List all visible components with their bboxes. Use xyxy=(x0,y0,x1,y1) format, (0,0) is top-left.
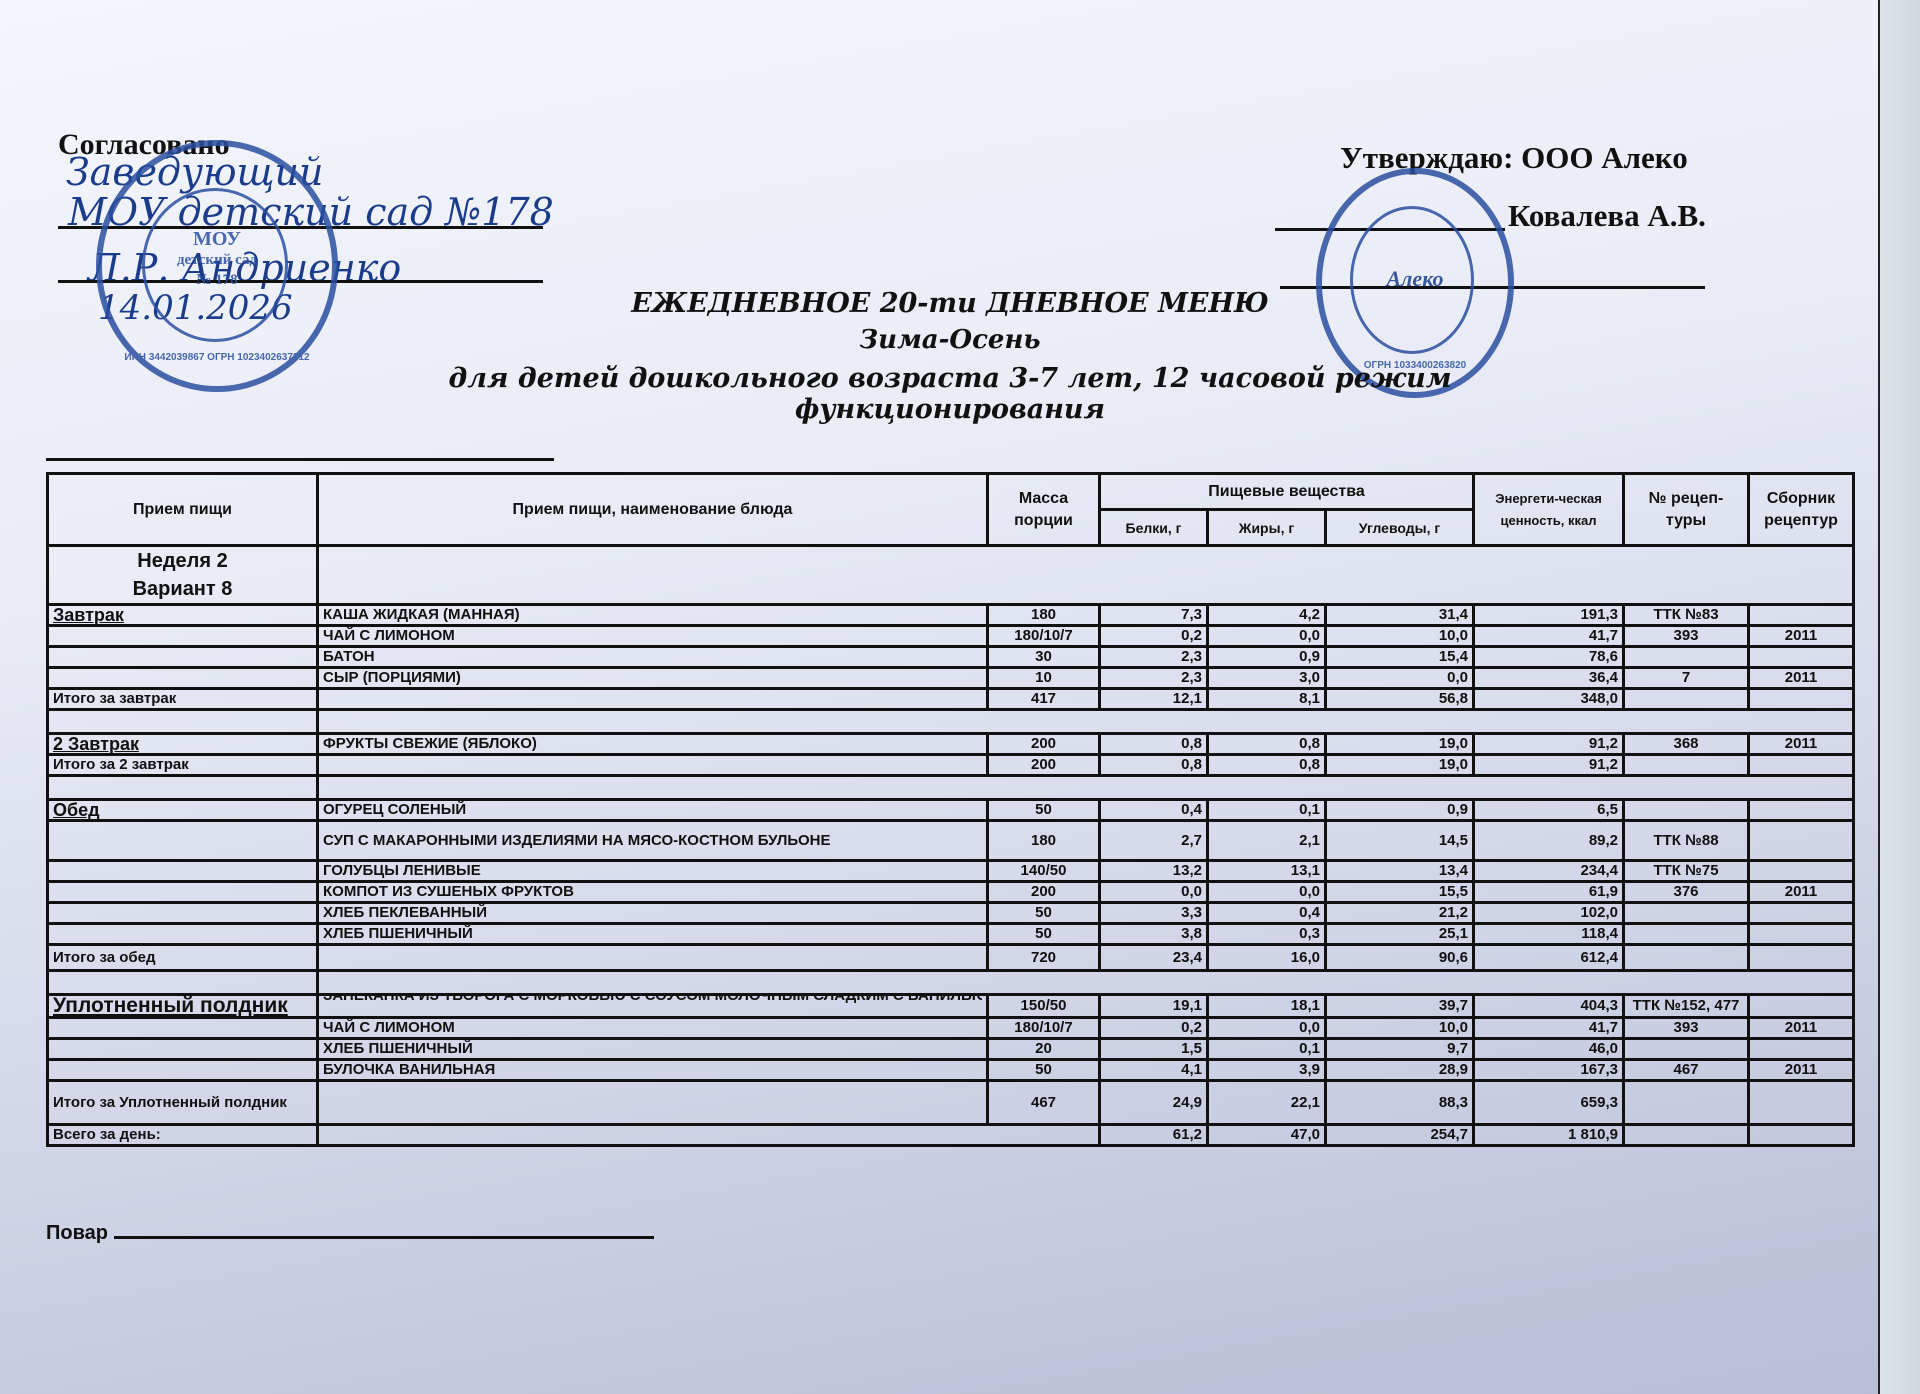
header-fat: Жиры, г xyxy=(1208,510,1326,546)
page-edge xyxy=(1878,0,1880,1394)
recipe-number xyxy=(1624,800,1749,821)
cook-label: Повар xyxy=(46,1222,108,1244)
menu-table: Прием пищи Прием пищи, наименование блюд… xyxy=(46,472,1855,1147)
meal-cell xyxy=(48,924,318,945)
recipe-number xyxy=(1624,924,1749,945)
energy-value: 36,4 xyxy=(1474,668,1624,689)
dish-name: БАТОН xyxy=(318,647,988,668)
protein-value: 4,1 xyxy=(1100,1060,1208,1081)
meal-label: 2 Завтрак xyxy=(48,734,318,755)
energy-value: 41,7 xyxy=(1474,626,1624,647)
subtotal-row: Итого за 2 завтрак2000,80,819,091,2 xyxy=(48,755,1854,776)
portion-mass: 150/50 xyxy=(988,995,1100,1018)
portion-mass: 180/10/7 xyxy=(988,626,1100,647)
table-row: СЫР (ПОРЦИЯМИ)102,33,00,036,472011 xyxy=(48,668,1854,689)
day-total-carbs: 254,7 xyxy=(1326,1125,1474,1146)
recipe-collection xyxy=(1749,995,1854,1018)
subtotal-protein: 23,4 xyxy=(1100,945,1208,971)
header-protein: Белки, г xyxy=(1100,510,1208,546)
subtotal-label: Итого за завтрак xyxy=(48,689,318,710)
meal-cell xyxy=(48,882,318,903)
recipe-collection xyxy=(1749,821,1854,861)
meal-cell xyxy=(48,861,318,882)
table-row: БАТОН302,30,915,478,6 xyxy=(48,647,1854,668)
dish-name: ЗАПЕКАНКА ИЗ ТВОРОГА С МОРКОВЬЮ С СОУСОМ… xyxy=(318,995,988,1018)
approval-left-block: Согласовано Заведующий МОУ детский сад №… xyxy=(58,128,543,162)
meal-cell xyxy=(48,626,318,647)
carbs-value: 21,2 xyxy=(1326,903,1474,924)
subtotal-row: Итого за Уплотненный полдник46724,922,18… xyxy=(48,1081,1854,1125)
fat-value: 0,1 xyxy=(1208,1039,1326,1060)
background-edge xyxy=(1880,0,1920,1394)
subtotal-mass: 417 xyxy=(988,689,1100,710)
subtotal-collection-cell xyxy=(1749,945,1854,971)
recipe-number: 7 xyxy=(1624,668,1749,689)
subtotal-label: Итого за обед xyxy=(48,945,318,971)
fat-value: 2,1 xyxy=(1208,821,1326,861)
subtotal-recipe-cell xyxy=(1624,1081,1749,1125)
fat-value: 0,8 xyxy=(1208,734,1326,755)
header-nutrients: Пищевые вещества xyxy=(1100,474,1474,510)
stamp-left-line1: МОУ xyxy=(102,228,332,251)
spacer-cell xyxy=(318,776,1854,800)
spacer-cell xyxy=(48,710,318,734)
subtotal-mass: 720 xyxy=(988,945,1100,971)
energy-value: 191,3 xyxy=(1474,605,1624,626)
energy-value: 234,4 xyxy=(1474,861,1624,882)
week-variant-cell: Неделя 2 Вариант 8 xyxy=(48,546,318,605)
meal-cell xyxy=(48,821,318,861)
carbs-value: 10,0 xyxy=(1326,626,1474,647)
day-total-row: Всего за день:61,247,0254,71 810,9 xyxy=(48,1125,1854,1146)
recipe-number: 368 xyxy=(1624,734,1749,755)
subtotal-label: Итого за 2 завтрак xyxy=(48,755,318,776)
fat-value: 0,0 xyxy=(1208,626,1326,647)
carbs-value: 39,7 xyxy=(1326,995,1474,1018)
carbs-value: 15,4 xyxy=(1326,647,1474,668)
subtotal-energy: 91,2 xyxy=(1474,755,1624,776)
carbs-value: 13,4 xyxy=(1326,861,1474,882)
dish-name: ХЛЕБ ПЕКЛЕВАННЫЙ xyxy=(318,903,988,924)
header-collection: Сборник рецептур xyxy=(1749,474,1854,546)
recipe-number: 376 xyxy=(1624,882,1749,903)
protein-value: 19,1 xyxy=(1100,995,1208,1018)
recipe-number xyxy=(1624,1039,1749,1060)
stamp-left-ring: ИНН 3442039867 ОГРН 1023402637312 xyxy=(102,352,332,363)
spacer-cell xyxy=(318,971,1854,995)
subtotal-fat: 16,0 xyxy=(1208,945,1326,971)
meal-cell xyxy=(48,903,318,924)
cook-signature: Повар xyxy=(46,1222,654,1245)
subtotal-fat: 8,1 xyxy=(1208,689,1326,710)
recipe-number: ТТК №83 xyxy=(1624,605,1749,626)
spacer-row xyxy=(48,971,1854,995)
recipe-collection xyxy=(1749,647,1854,668)
subtotal-row: Итого за завтрак41712,18,156,8348,0 xyxy=(48,689,1854,710)
menu-title: ЕЖЕДНЕВНОЕ 20-ти ДНЕВНОЕ МЕНЮ xyxy=(300,288,1600,319)
portion-mass: 180 xyxy=(988,605,1100,626)
table-row: ЗавтракКАША ЖИДКАЯ (МАННАЯ)1807,34,231,4… xyxy=(48,605,1854,626)
recipe-collection xyxy=(1749,924,1854,945)
dish-name: СУП С МАКАРОННЫМИ ИЗДЕЛИЯМИ НА МЯСО-КОСТ… xyxy=(318,821,988,861)
dish-name: СЫР (ПОРЦИЯМИ) xyxy=(318,668,988,689)
recipe-collection: 2011 xyxy=(1749,1060,1854,1081)
fat-value: 3,9 xyxy=(1208,1060,1326,1081)
dish-name: ГОЛУБЦЫ ЛЕНИВЫЕ xyxy=(318,861,988,882)
menu-subtitle: для детей дошкольного возраста 3-7 лет, … xyxy=(300,363,1600,425)
subtotal-fat: 22,1 xyxy=(1208,1081,1326,1125)
week-row: Неделя 2 Вариант 8 xyxy=(48,546,1854,605)
recipe-collection: 2011 xyxy=(1749,734,1854,755)
dish-name: ЧАЙ С ЛИМОНОМ xyxy=(318,626,988,647)
spacer-row xyxy=(48,776,1854,800)
recipe-collection: 2011 xyxy=(1749,882,1854,903)
subtotal-carbs: 19,0 xyxy=(1326,755,1474,776)
day-total-fat: 47,0 xyxy=(1208,1125,1326,1146)
dish-name: КАША ЖИДКАЯ (МАННАЯ) xyxy=(318,605,988,626)
dish-name: БУЛОЧКА ВАНИЛЬНАЯ xyxy=(318,1060,988,1081)
subtotal-protein: 24,9 xyxy=(1100,1081,1208,1125)
subtotal-carbs: 56,8 xyxy=(1326,689,1474,710)
recipe-number xyxy=(1624,903,1749,924)
header-meal: Прием пищи xyxy=(48,474,318,546)
recipe-collection xyxy=(1749,800,1854,821)
subtotal-collection-cell xyxy=(1749,1081,1854,1125)
protein-value: 2,3 xyxy=(1100,668,1208,689)
fat-value: 13,1 xyxy=(1208,861,1326,882)
protein-value: 0,4 xyxy=(1100,800,1208,821)
fat-value: 0,0 xyxy=(1208,1018,1326,1039)
carbs-value: 10,0 xyxy=(1326,1018,1474,1039)
table-row: Уплотненный полдникЗАПЕКАНКА ИЗ ТВОРОГА … xyxy=(48,995,1854,1018)
portion-mass: 50 xyxy=(988,924,1100,945)
subtotal-dish-cell xyxy=(318,1081,988,1125)
protein-value: 0,0 xyxy=(1100,882,1208,903)
subtotal-mass: 467 xyxy=(988,1081,1100,1125)
approver-name: Ковалева А.В. xyxy=(1508,198,1706,234)
meal-cell xyxy=(48,1039,318,1060)
recipe-collection: 2011 xyxy=(1749,626,1854,647)
meal-label: Завтрак xyxy=(48,605,318,626)
subtotal-carbs: 88,3 xyxy=(1326,1081,1474,1125)
day-total-energy: 1 810,9 xyxy=(1474,1125,1624,1146)
recipe-collection xyxy=(1749,1039,1854,1060)
table-row: ГОЛУБЦЫ ЛЕНИВЫЕ140/5013,213,113,4234,4ТТ… xyxy=(48,861,1854,882)
header-energy: Энергети-ческая ценность, ккал xyxy=(1474,474,1624,546)
energy-value: 167,3 xyxy=(1474,1060,1624,1081)
variant-label: Вариант 8 xyxy=(53,575,312,603)
portion-mass: 10 xyxy=(988,668,1100,689)
dish-name: ХЛЕБ ПШЕНИЧНЫЙ xyxy=(318,924,988,945)
portion-mass: 180 xyxy=(988,821,1100,861)
carbs-value: 25,1 xyxy=(1326,924,1474,945)
table-row: КОМПОТ ИЗ СУШЕНЫХ ФРУКТОВ2000,00,015,561… xyxy=(48,882,1854,903)
fat-value: 4,2 xyxy=(1208,605,1326,626)
fat-value: 18,1 xyxy=(1208,995,1326,1018)
subtotal-recipe-cell xyxy=(1624,689,1749,710)
recipe-number xyxy=(1624,647,1749,668)
energy-value: 118,4 xyxy=(1474,924,1624,945)
spacer-cell xyxy=(48,971,318,995)
recipe-number: 393 xyxy=(1624,626,1749,647)
protein-value: 0,2 xyxy=(1100,1018,1208,1039)
day-total-label: Всего за день: xyxy=(48,1125,318,1146)
table-row: 2 ЗавтракФРУКТЫ СВЕЖИЕ (ЯБЛОКО)2000,80,8… xyxy=(48,734,1854,755)
table-row: БУЛОЧКА ВАНИЛЬНАЯ504,13,928,9167,3467201… xyxy=(48,1060,1854,1081)
day-total-collection-cell xyxy=(1749,1125,1854,1146)
subtotal-dish-cell xyxy=(318,945,988,971)
recipe-collection xyxy=(1749,903,1854,924)
meal-label: Обед xyxy=(48,800,318,821)
carbs-value: 0,0 xyxy=(1326,668,1474,689)
menu-season: Зима-Осень xyxy=(300,325,1600,355)
portion-mass: 200 xyxy=(988,882,1100,903)
protein-value: 0,2 xyxy=(1100,626,1208,647)
recipe-number: ТТК №152, 477 xyxy=(1624,995,1749,1018)
meal-cell xyxy=(48,1018,318,1039)
portion-mass: 50 xyxy=(988,800,1100,821)
energy-value: 41,7 xyxy=(1474,1018,1624,1039)
recipe-number: 467 xyxy=(1624,1060,1749,1081)
cook-signature-line xyxy=(114,1236,654,1239)
subtotal-energy: 612,4 xyxy=(1474,945,1624,971)
spacer-cell xyxy=(48,776,318,800)
portion-mass: 30 xyxy=(988,647,1100,668)
stamp-left-line2: детский сад xyxy=(102,252,332,269)
fat-value: 0,1 xyxy=(1208,800,1326,821)
spacer-row xyxy=(48,710,1854,734)
subtotal-dish-cell xyxy=(318,689,988,710)
header-recipe-no: № рецеп-туры xyxy=(1624,474,1749,546)
subtotal-collection-cell xyxy=(1749,689,1854,710)
header-mass: Масса порции xyxy=(988,474,1100,546)
fat-value: 3,0 xyxy=(1208,668,1326,689)
carbs-value: 19,0 xyxy=(1326,734,1474,755)
fat-value: 0,3 xyxy=(1208,924,1326,945)
dish-name: КОМПОТ ИЗ СУШЕНЫХ ФРУКТОВ xyxy=(318,882,988,903)
fat-value: 0,4 xyxy=(1208,903,1326,924)
table-row: ХЛЕБ ПШЕНИЧНЫЙ201,50,19,746,0 xyxy=(48,1039,1854,1060)
table-row: ЧАЙ С ЛИМОНОМ180/10/70,20,010,041,739320… xyxy=(48,626,1854,647)
energy-value: 89,2 xyxy=(1474,821,1624,861)
subtotal-dish-cell xyxy=(318,755,988,776)
subtotal-row: Итого за обед72023,416,090,6612,4 xyxy=(48,945,1854,971)
carbs-value: 9,7 xyxy=(1326,1039,1474,1060)
table-row: ОбедОГУРЕЦ СОЛЕНЫЙ500,40,10,96,5 xyxy=(48,800,1854,821)
energy-value: 102,0 xyxy=(1474,903,1624,924)
header-carbs: Углеводы, г xyxy=(1326,510,1474,546)
subtotal-carbs: 90,6 xyxy=(1326,945,1474,971)
stamp-left-line3: № 178 xyxy=(102,272,332,289)
fat-value: 0,9 xyxy=(1208,647,1326,668)
subtotal-energy: 659,3 xyxy=(1474,1081,1624,1125)
recipe-number: ТТК №88 xyxy=(1624,821,1749,861)
portion-mass: 50 xyxy=(988,1060,1100,1081)
subtotal-mass: 200 xyxy=(988,755,1100,776)
title-underline xyxy=(46,458,554,461)
energy-value: 91,2 xyxy=(1474,734,1624,755)
protein-value: 7,3 xyxy=(1100,605,1208,626)
portion-mass: 50 xyxy=(988,903,1100,924)
recipe-number: 393 xyxy=(1624,1018,1749,1039)
protein-value: 3,8 xyxy=(1100,924,1208,945)
subtotal-recipe-cell xyxy=(1624,755,1749,776)
day-total-protein: 61,2 xyxy=(1100,1125,1208,1146)
dish-name: ЧАЙ С ЛИМОНОМ xyxy=(318,1018,988,1039)
meal-label: Уплотненный полдник xyxy=(48,995,318,1018)
header-dish: Прием пищи, наименование блюда xyxy=(318,474,988,546)
dish-name: ХЛЕБ ПШЕНИЧНЫЙ xyxy=(318,1039,988,1060)
subtotal-fat: 0,8 xyxy=(1208,755,1326,776)
protein-value: 2,7 xyxy=(1100,821,1208,861)
meal-cell xyxy=(48,668,318,689)
recipe-collection: 2011 xyxy=(1749,668,1854,689)
fat-value: 0,0 xyxy=(1208,882,1326,903)
table-row: ХЛЕБ ПЕКЛЕВАННЫЙ503,30,421,2102,0 xyxy=(48,903,1854,924)
subtotal-collection-cell xyxy=(1749,755,1854,776)
protein-value: 0,8 xyxy=(1100,734,1208,755)
subtotal-label: Итого за Уплотненный полдник xyxy=(48,1081,318,1125)
subtotal-energy: 348,0 xyxy=(1474,689,1624,710)
protein-value: 2,3 xyxy=(1100,647,1208,668)
spacer-cell xyxy=(318,710,1854,734)
dish-name: ОГУРЕЦ СОЛЕНЫЙ xyxy=(318,800,988,821)
table-row: СУП С МАКАРОННЫМИ ИЗДЕЛИЯМИ НА МЯСО-КОСТ… xyxy=(48,821,1854,861)
recipe-collection: 2011 xyxy=(1749,1018,1854,1039)
portion-mass: 180/10/7 xyxy=(988,1018,1100,1039)
week-label: Неделя 2 xyxy=(53,547,312,575)
carbs-value: 31,4 xyxy=(1326,605,1474,626)
carbs-value: 28,9 xyxy=(1326,1060,1474,1081)
dish-name: ФРУКТЫ СВЕЖИЕ (ЯБЛОКО) xyxy=(318,734,988,755)
portion-mass: 140/50 xyxy=(988,861,1100,882)
portion-mass: 200 xyxy=(988,734,1100,755)
energy-value: 404,3 xyxy=(1474,995,1624,1018)
protein-value: 1,5 xyxy=(1100,1039,1208,1060)
recipe-number: ТТК №75 xyxy=(1624,861,1749,882)
energy-value: 46,0 xyxy=(1474,1039,1624,1060)
dish-name-text: ЗАПЕКАНКА ИЗ ТВОРОГА С МОРКОВЬЮ С СОУСОМ… xyxy=(323,996,982,1005)
subtotal-protein: 0,8 xyxy=(1100,755,1208,776)
energy-value: 61,9 xyxy=(1474,882,1624,903)
carbs-value: 0,9 xyxy=(1326,800,1474,821)
table-row: ЧАЙ С ЛИМОНОМ180/10/70,20,010,041,739320… xyxy=(48,1018,1854,1039)
carbs-value: 15,5 xyxy=(1326,882,1474,903)
energy-value: 78,6 xyxy=(1474,647,1624,668)
recipe-collection xyxy=(1749,861,1854,882)
meal-cell xyxy=(48,647,318,668)
table-row: ХЛЕБ ПШЕНИЧНЫЙ503,80,325,1118,4 xyxy=(48,924,1854,945)
portion-mass: 20 xyxy=(988,1039,1100,1060)
menu-title-block: ЕЖЕДНЕВНОЕ 20-ти ДНЕВНОЕ МЕНЮ Зима-Осень… xyxy=(300,288,1600,425)
day-total-recipe-cell xyxy=(1624,1125,1749,1146)
energy-value: 6,5 xyxy=(1474,800,1624,821)
recipe-collection xyxy=(1749,605,1854,626)
protein-value: 13,2 xyxy=(1100,861,1208,882)
carbs-value: 14,5 xyxy=(1326,821,1474,861)
day-total-blank xyxy=(318,1125,1100,1146)
subtotal-recipe-cell xyxy=(1624,945,1749,971)
subtotal-protein: 12,1 xyxy=(1100,689,1208,710)
protein-value: 3,3 xyxy=(1100,903,1208,924)
meal-cell xyxy=(48,1060,318,1081)
